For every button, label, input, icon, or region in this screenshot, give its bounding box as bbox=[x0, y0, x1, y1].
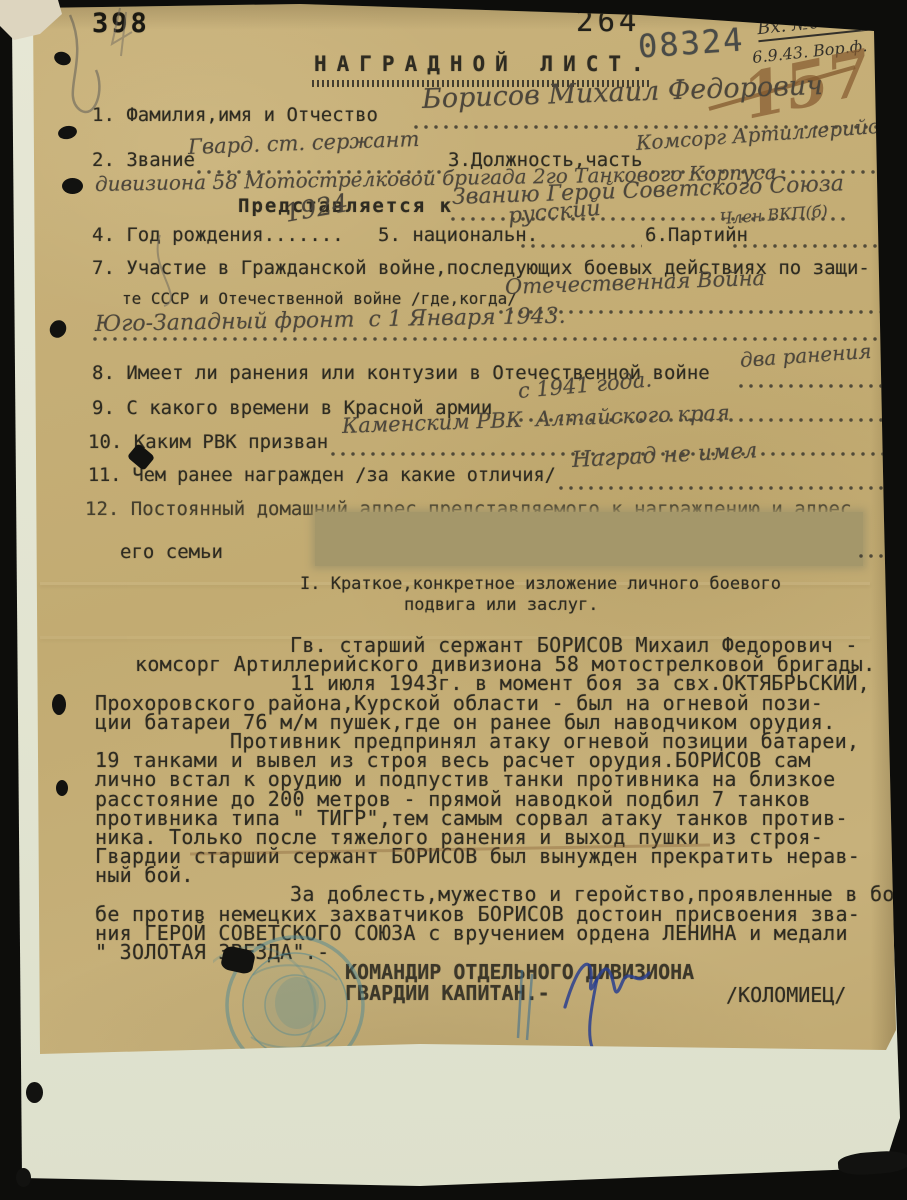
punch-hole bbox=[62, 178, 83, 194]
citation-body: Гв. старший сержант БОРИСОВ Михаил Федор… bbox=[95, 636, 895, 962]
field-value: Член ВКП(б) bbox=[719, 201, 828, 227]
dotted-leader bbox=[732, 243, 895, 249]
page-number: 264 bbox=[576, 4, 640, 38]
field-value: Наград не имел bbox=[571, 438, 758, 473]
punch-hole bbox=[52, 694, 66, 715]
redaction-box bbox=[315, 512, 863, 566]
field-label: его семьи bbox=[120, 541, 223, 563]
dotted-leader bbox=[858, 553, 894, 559]
field-label: 11. Чем ранее награжден /за какие отличи… bbox=[88, 465, 556, 486]
ink-mark bbox=[512, 968, 542, 1043]
dotted-leader bbox=[92, 336, 888, 342]
field-value: два ранения bbox=[739, 339, 872, 372]
dotted-leader bbox=[738, 383, 893, 389]
commander-name: /КОЛОМИЕЦ/ bbox=[726, 983, 846, 1007]
document-paper: 398 264 08324 Вх. №014637 6.9.43. Вор.ф.… bbox=[0, 0, 907, 1200]
punch-hole bbox=[26, 1082, 43, 1103]
dotted-leader bbox=[558, 485, 886, 491]
signature bbox=[545, 945, 675, 1055]
citation-heading: подвига или заслуг. bbox=[404, 595, 598, 615]
punch-hole bbox=[56, 780, 68, 796]
dotted-leader bbox=[520, 243, 642, 249]
pencil-scribbles bbox=[0, 0, 260, 330]
scanned-award-document: { "page": { "corner_number": "398", "pag… bbox=[0, 0, 907, 1200]
document-title: НАГРАДНОЙ ЛИСТ. bbox=[314, 52, 654, 76]
citation-heading: I. Краткое,конкретное изложение личного … bbox=[300, 574, 781, 594]
punch-hole bbox=[16, 1168, 31, 1187]
field-label: 10. Каким РВК призван bbox=[88, 431, 328, 453]
